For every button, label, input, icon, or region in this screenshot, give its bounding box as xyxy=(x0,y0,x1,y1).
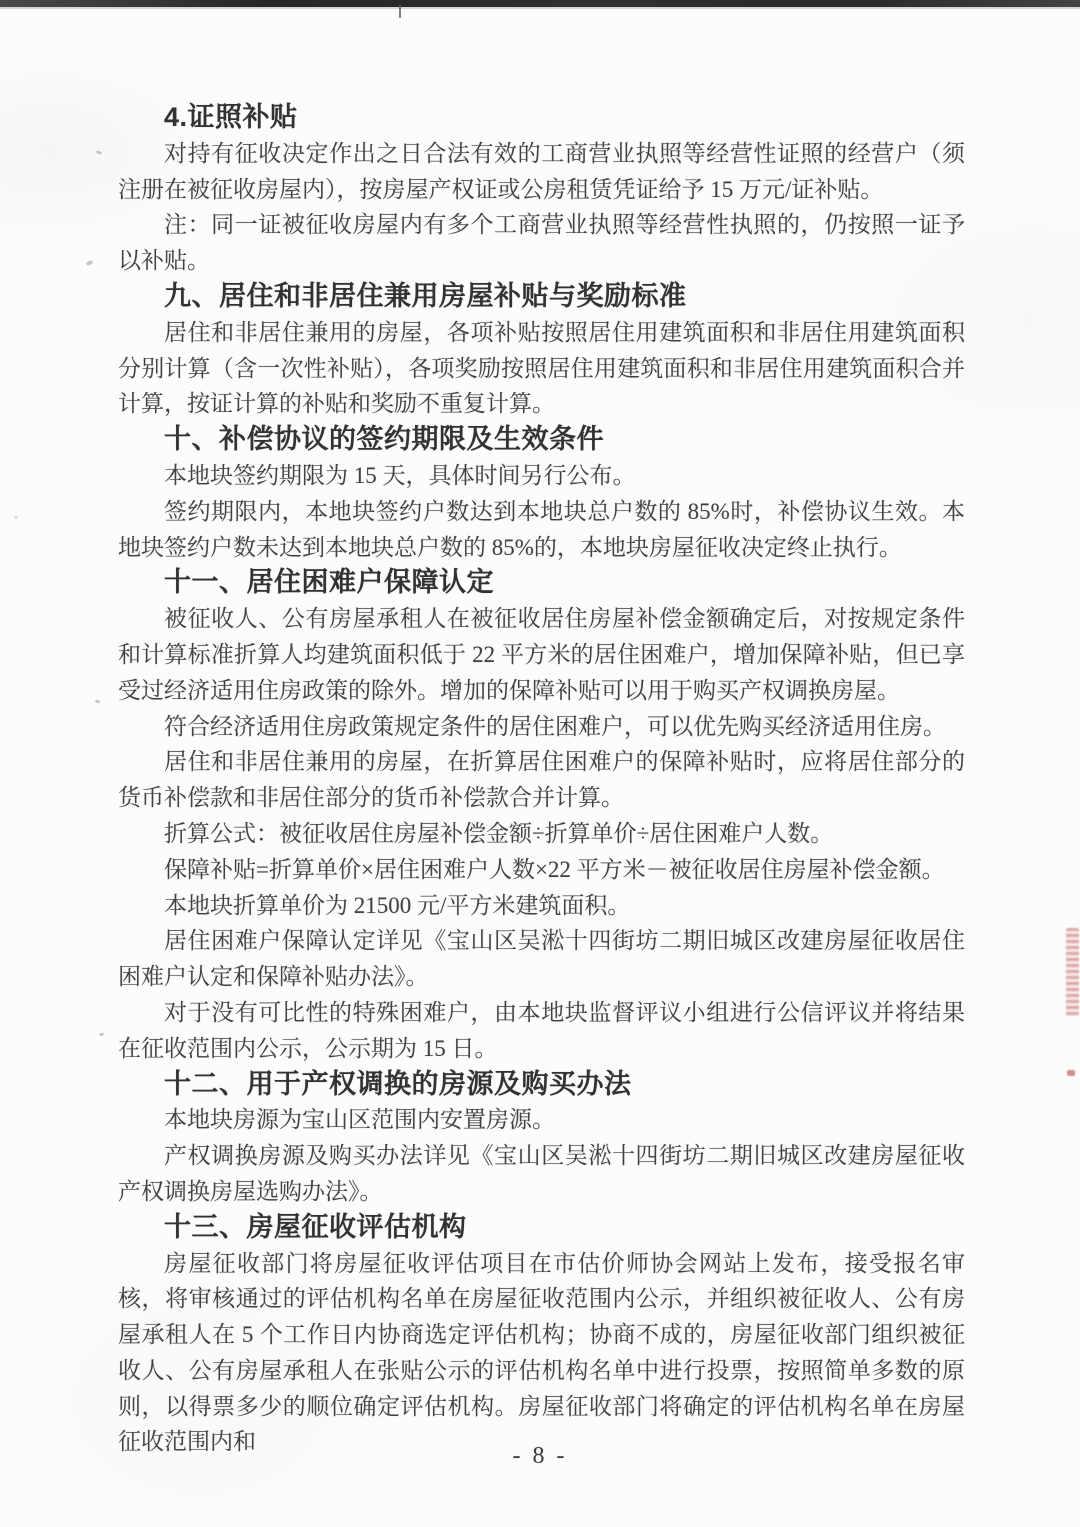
section-heading: 十一、居住困难户保障认定 xyxy=(118,565,965,601)
body-paragraph: 居住困难户保障认定详见《宝山区吴淞十四街坊二期旧城区改建房屋征收居住困难户认定和… xyxy=(118,923,965,995)
body-paragraph: 本地块房源为宝山区范围内安置房源。 xyxy=(118,1102,965,1138)
body-paragraph: 折算公式：被征收居住房屋补偿金额÷折算单价÷居住困难户人数。 xyxy=(118,816,965,852)
section-heading: 十二、用于产权调换的房源及购买办法 xyxy=(118,1067,965,1103)
page-number: - 8 - xyxy=(0,1443,1080,1470)
scan-speck xyxy=(85,260,93,267)
scanned-document-page: 4.证照补贴对持有征收决定作出之日合法有效的工商营业执照等经营性证照的经营户（须… xyxy=(0,0,1080,1527)
scan-edge-band-artifact xyxy=(0,0,1080,7)
body-paragraph: 产权调换房源及购买办法详见《宝山区吴淞十四街坊二期旧城区改建房屋征收产权调换房屋… xyxy=(118,1138,965,1210)
red-dot-artifact xyxy=(1067,1070,1075,1076)
section-heading: 4.证照补贴 xyxy=(118,100,965,136)
body-paragraph: 被征收人、公有房屋承租人在被征收居住房屋补偿金额确定后，对按规定条件和计算标准折… xyxy=(118,601,965,708)
body-paragraph: 对于没有可比性的特殊困难户，由本地块监督评议小组进行公信评议并将结果在征收范围内… xyxy=(118,995,965,1067)
scan-speck xyxy=(14,516,18,519)
body-paragraph: 居住和非居住兼用的房屋，各项补贴按照居住用建筑面积和非居住用建筑面积分别计算（含… xyxy=(118,315,965,422)
body-paragraph: 保障补贴=折算单价×居住困难户人数×22 平方米－被征收居住房屋补偿金额。 xyxy=(118,852,965,888)
body-paragraph: 符合经济适用住房政策规定条件的居住困难户，可以优先购买经济适用住房。 xyxy=(118,709,965,745)
section-heading: 十、补偿协议的签约期限及生效条件 xyxy=(118,422,965,458)
body-paragraph: 居住和非居住兼用的房屋，在折算居住困难户的保障补贴时，应将居住部分的货币补偿款和… xyxy=(118,744,965,816)
scan-speck xyxy=(99,1032,105,1036)
body-paragraph: 签约期限内，本地块签约户数达到本地块总户数的 85%时，补偿协议生效。本地块签约… xyxy=(118,494,965,566)
scan-speck xyxy=(96,150,103,155)
body-paragraph: 对持有征收决定作出之日合法有效的工商营业执照等经营性证照的经营户（须注册在被征收… xyxy=(118,136,965,208)
document-body: 4.证照补贴对持有征收决定作出之日合法有效的工商营业执照等经营性证照的经营户（须… xyxy=(118,100,965,1460)
body-paragraph: 本地块折算单价为 21500 元/平方米建筑面积。 xyxy=(118,888,965,924)
body-paragraph: 注：同一证被征收房屋内有多个工商营业执照等经营性执照的，仍按照一证予以补贴。 xyxy=(118,207,965,279)
scan-line-artifact xyxy=(399,5,401,18)
section-heading: 九、居住和非居住兼用房屋补贴与奖励标准 xyxy=(118,279,965,315)
red-stamp-bleed-artifact xyxy=(1066,928,1079,1016)
body-paragraph: 房屋征收部门将房屋征收评估项目在市估价师协会网站上发布，接受报名审核，将审核通过… xyxy=(118,1246,965,1461)
scan-speck xyxy=(95,700,100,704)
section-heading: 十三、房屋征收评估机构 xyxy=(118,1210,965,1246)
body-paragraph: 本地块签约期限为 15 天，具体时间另行公布。 xyxy=(118,458,965,494)
